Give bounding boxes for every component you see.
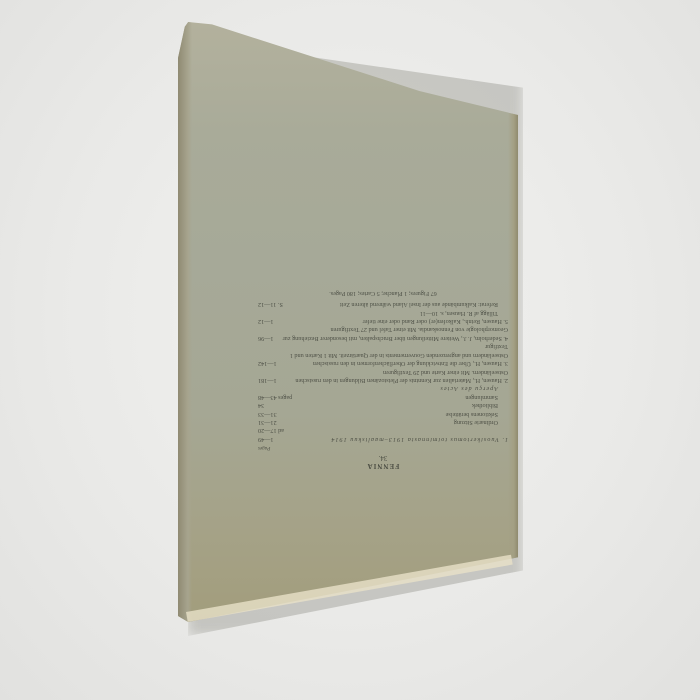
journal-title: FENNIA bbox=[258, 462, 508, 470]
entry: Ordinarie Sitzung 21—31 bbox=[258, 418, 508, 426]
entry: Referat: Kalkumbände aus der Insel Aland… bbox=[258, 300, 508, 308]
entry: 4. Sederholm, J. J., Weitere Mitteilunge… bbox=[258, 325, 508, 342]
entry: Tillägg af R. Hausen, s. 10—11 bbox=[258, 308, 508, 316]
entry: 1. Vuosikertomus toiminnasta 1913–maalis… bbox=[258, 434, 508, 442]
book-spine bbox=[178, 22, 192, 622]
entry: Aperçu des Actes bbox=[258, 384, 508, 392]
entry: ad 17—20 bbox=[258, 426, 508, 434]
entry: Bibliothek 34 bbox=[258, 401, 508, 409]
entry: Sammlungen pages 43—48 bbox=[258, 392, 508, 400]
entry: 2. Hausen, H., Materialien zur Kenntnis … bbox=[258, 367, 508, 384]
pages-header: Pages bbox=[258, 443, 508, 451]
entry: 3. Hausen, H., Über die Entwicklung der … bbox=[258, 342, 508, 367]
entry: 5. Hausen, Reinh., Kalkofen(er) oder Ran… bbox=[258, 317, 508, 325]
cover-footer: 67 Figures; 1 Planche; 5 Cartes; 180 Pag… bbox=[258, 288, 508, 296]
entry: Sektionens berättelse 31—33 bbox=[258, 409, 508, 417]
volume-number: 34. bbox=[258, 453, 508, 461]
cover-print: FENNIA 34. Pages 1. Vuosikertomus toimin… bbox=[258, 280, 508, 470]
